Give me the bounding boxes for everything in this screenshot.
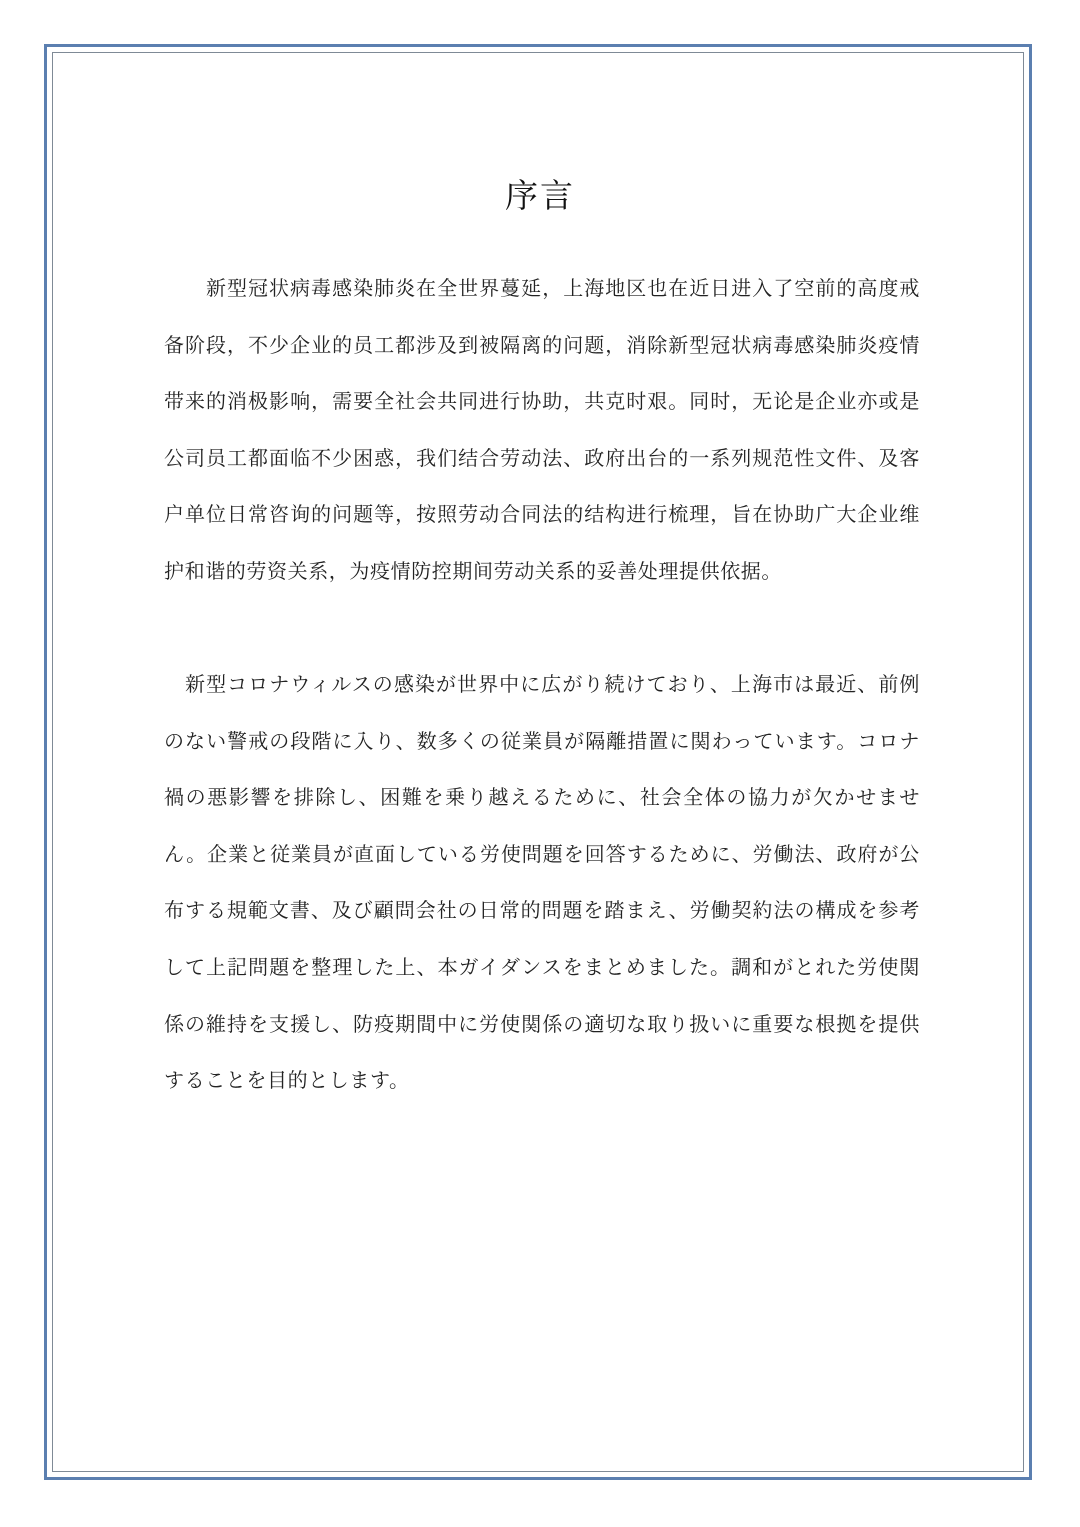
preface-paragraph-japanese: 新型コロナウィルスの感染が世界中に広がり続けており、上海市は最近、前例のない警戒…: [164, 656, 920, 1109]
page-title: 序言: [0, 172, 1080, 220]
preface-paragraph-chinese: 新型冠状病毒感染肺炎在全世界蔓延，上海地区也在近日进入了空前的高度戒备阶段，不少…: [164, 260, 920, 600]
